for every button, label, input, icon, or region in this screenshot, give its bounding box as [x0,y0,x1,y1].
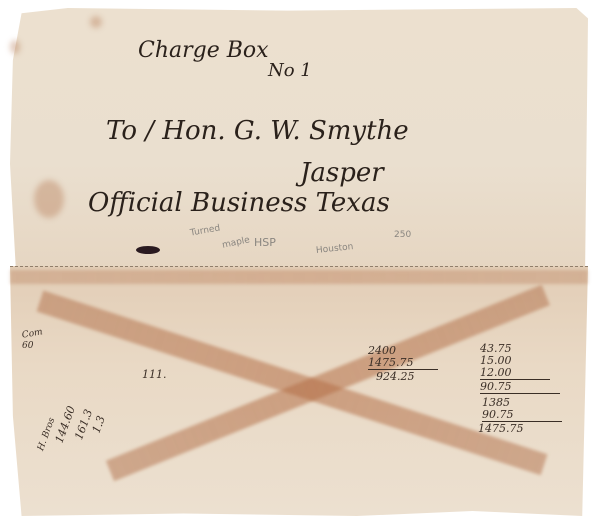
pencil-note: 250 [394,230,411,240]
stain [90,16,102,28]
sum-total: 924.25 [376,370,415,383]
address-line-3: To / Hon. G. W. Smythe [106,116,409,146]
margin-note: 60 [22,340,33,353]
pencil-note: HSP [254,236,276,249]
address-line-2: No 1 [268,60,312,81]
sum-line: 90.75 [480,380,560,394]
margin-mark: 111. [142,368,167,381]
address-line-5: Official Business Texas [88,188,390,218]
sum-line: 12.00 [480,366,550,380]
envelope: Charge Box No 1 To / Hon. G. W. Smythe J… [10,8,588,516]
address-line-1: Charge Box [138,38,269,63]
stain [10,40,20,54]
fold-crease [10,266,588,269]
sum-line: 1475.75 [368,356,438,370]
sum-total: 1475.75 [478,422,524,435]
stain [34,180,64,218]
stain-band [10,270,588,284]
sum-line: 90.75 [482,408,562,422]
ink-blot [136,246,160,254]
address-line-4: Jasper [300,158,384,188]
